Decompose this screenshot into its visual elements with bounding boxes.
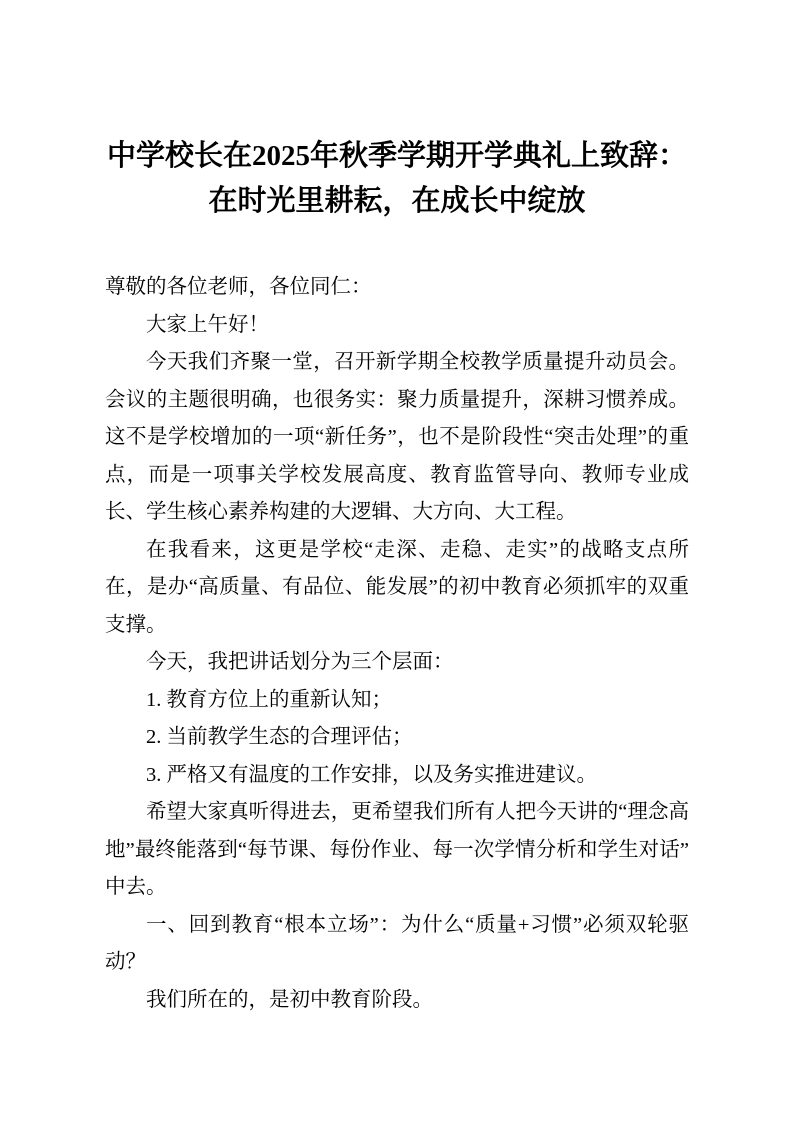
document-body: 尊敬的各位老师，各位同仁：大家上午好！今天我们齐聚一堂，召开新学期全校教学质量提… (105, 269, 689, 1019)
paragraph: 今天我们齐聚一堂，召开新学期全校教学质量提升动员会。会议的主题很明确，也很务实：… (105, 344, 689, 532)
paragraph: 希望大家真听得进去，更希望我们所有人把今天讲的“理念高地”最终能落到“每节课、每… (105, 794, 689, 907)
paragraph: 1. 教育方位上的重新认知； (105, 682, 689, 720)
paragraph: 我们所在的，是初中教育阶段。 (105, 982, 689, 1020)
document-title-line-1: 中学校长在2025年秋季学期开学典礼上致辞： (105, 134, 689, 179)
paragraph: 一、回到教育“根本立场”：为什么“质量+习惯”必须双轮驱动？ (105, 907, 689, 982)
document-title: 中学校长在2025年秋季学期开学典礼上致辞： 在时光里耕耘，在成长中绽放 (105, 134, 689, 224)
document-page: 中学校长在2025年秋季学期开学典礼上致辞： 在时光里耕耘，在成长中绽放 尊敬的… (0, 0, 793, 1122)
paragraph: 尊敬的各位老师，各位同仁： (105, 269, 689, 307)
document-title-line-2: 在时光里耕耘，在成长中绽放 (105, 179, 689, 224)
paragraph: 3. 严格又有温度的工作安排，以及务实推进建议。 (105, 757, 689, 795)
paragraph: 在我看来，这更是学校“走深、走稳、走实”的战略支点所在，是办“高质量、有品位、能… (105, 532, 689, 645)
paragraph: 大家上午好！ (105, 307, 689, 345)
paragraph: 2. 当前教学生态的合理评估； (105, 719, 689, 757)
paragraph: 今天，我把讲话划分为三个层面： (105, 644, 689, 682)
